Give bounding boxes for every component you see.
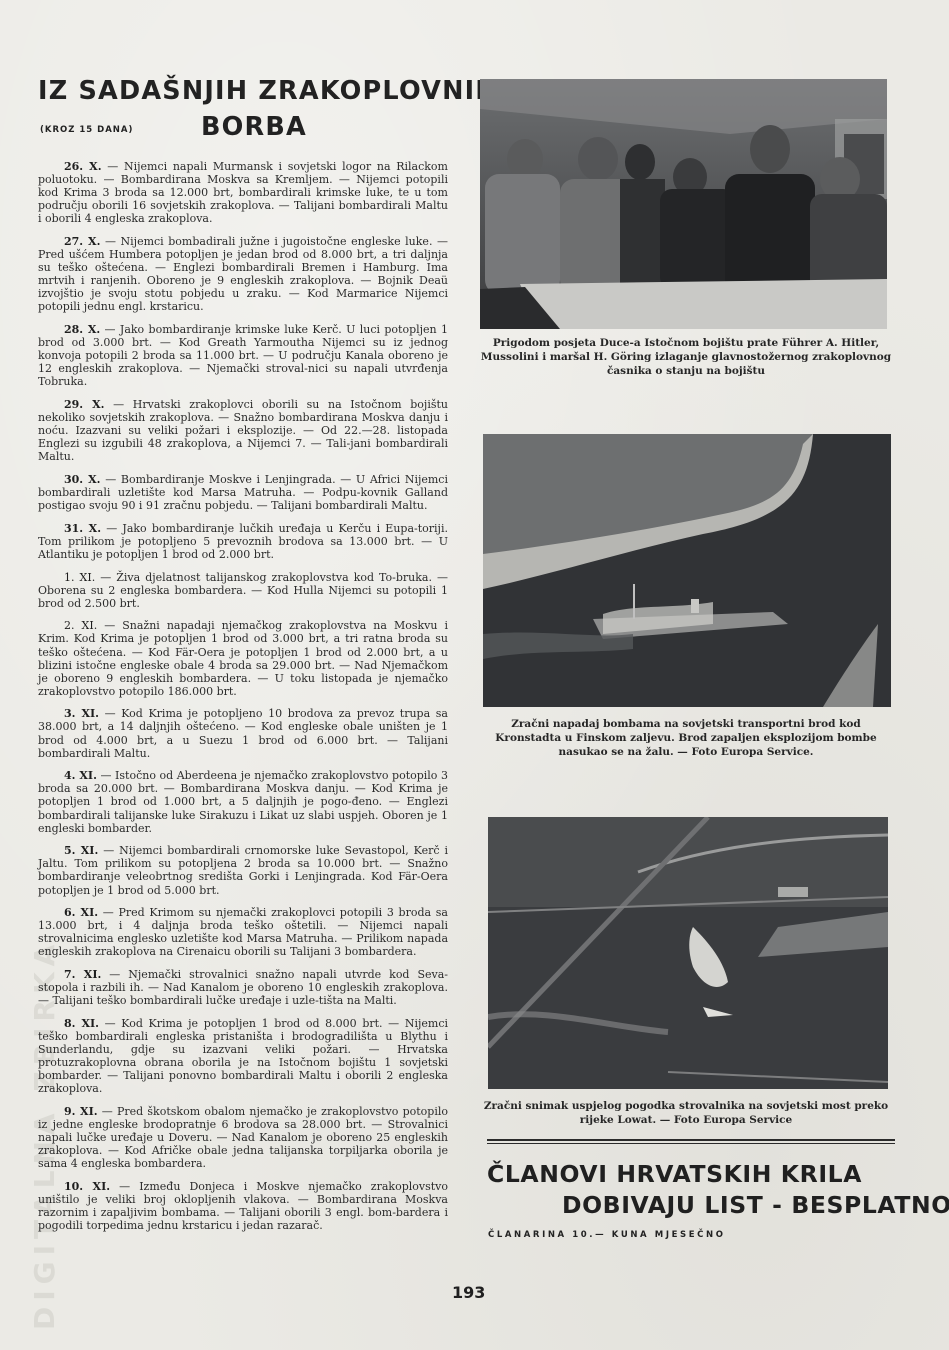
ship-photo-illustration — [483, 434, 891, 707]
dispatch-entry: 3. XI. — Kod Krima je potopljeno 10 brod… — [38, 707, 448, 759]
photo-caption-ship: Zračni napadaj bombama na sovjetski tran… — [480, 718, 892, 759]
dispatch-entry: 4. XI. — Istočno od Aberdeena je njemačk… — [38, 769, 448, 834]
dispatch-text: — Živa djelatnost talijanskog zrakoplovs… — [38, 571, 448, 610]
article-headline: IZ SADAŠNJIH ZRAKOPLOVNIH — [38, 76, 450, 106]
dispatch-entry: 29. X. — Hrvatski zrakoplovci oborili su… — [38, 398, 448, 463]
promo-membership-fee: ČLANARINA 10.— KUNA MJESEČNO — [488, 1230, 726, 1240]
dispatch-date: 3. XI. — [64, 707, 99, 720]
dispatch-entry: 5. XI. — Nijemci bombardirali crnomorske… — [38, 844, 448, 896]
dispatch-date: 4. XI. — [64, 769, 97, 782]
promo-headline-line1: ČLANOVI HRVATSKIH KRILA — [487, 1160, 862, 1188]
bridge-photo-illustration — [488, 817, 888, 1089]
photo-caption-bridge: Zračni snimak uspjelog pogodka strovalni… — [480, 1100, 892, 1128]
dispatch-text: — Nijemci bombardirali crnomorske luke S… — [38, 844, 448, 896]
promo-headline-line2: DOBIVAJU LIST - BESPLATNO — [562, 1191, 949, 1219]
officers-photo-illustration — [480, 79, 887, 329]
dispatch-date: 8. XI. — [64, 1017, 99, 1030]
dispatch-entry: 2. XI. — Snažni napadaji njemačkog zrako… — [38, 619, 448, 698]
photo-officers-map — [480, 79, 887, 329]
dispatch-date: 30. X. — [64, 473, 101, 486]
article-subnote: (KROZ 15 DANA) — [40, 125, 133, 135]
dispatch-entry: 27. X. — Nijemci bombadirali južne i jug… — [38, 235, 448, 314]
photo-bridge-hit — [488, 817, 888, 1089]
dispatch-text: — Snažni napadaji njemačkog zrakoplovstv… — [38, 619, 448, 697]
dispatch-entry: 8. XI. — Kod Krima je potopljen 1 brod o… — [38, 1017, 448, 1096]
dispatch-date: 29. X. — [64, 398, 104, 411]
dispatch-entry: 10. XI. — Između Donjeca i Moskve njemač… — [38, 1180, 448, 1232]
dispatch-date: 6. XI. — [64, 906, 98, 919]
article-headline-line2: BORBA — [201, 112, 307, 142]
dispatch-text: — Pred Krimom su njemački zrakoplovci po… — [38, 906, 448, 958]
article-body: 26. X. — Nijemci napali Murmansk i sovje… — [38, 160, 448, 1242]
headline-second-row: (KROZ 15 DANA) BORBA — [38, 112, 450, 142]
dispatch-text: — Pred škotskom obalom njemačko je zrako… — [38, 1105, 448, 1170]
photo-caption-officers: Prigodom posjeta Duce-a Istočnom bojištu… — [480, 337, 892, 378]
dispatch-entry: 1. XI. — Živa djelatnost talijanskog zra… — [38, 571, 448, 610]
double-rule-divider — [487, 1139, 895, 1144]
dispatch-entry: 9. XI. — Pred škotskom obalom njemačko j… — [38, 1105, 448, 1170]
dispatch-date: 10. XI. — [64, 1180, 110, 1193]
dispatch-date: 1. XI. — [64, 571, 95, 584]
dispatch-entry: 31. X. — Jako bombardiranje lučkih uređa… — [38, 522, 448, 561]
dispatch-date: 2. XI. — [64, 619, 97, 632]
dispatch-date: 26. X. — [64, 160, 102, 173]
dispatch-entry: 26. X. — Nijemci napali Murmansk i sovje… — [38, 160, 448, 225]
page-number: 193 — [452, 1283, 485, 1302]
photo-burning-ship — [483, 434, 891, 707]
dispatch-text: — Kod Krima je potopljen 1 brod od 8.000… — [38, 1017, 448, 1095]
dispatch-text: — Jako bombardiranje krimske luke Kerč. … — [38, 323, 448, 388]
dispatch-entry: 30. X. — Bombardiranje Moskve i Lenjingr… — [38, 473, 448, 512]
dispatch-date: 7. XI. — [64, 968, 101, 981]
dispatch-entry: 7. XI. — Njemački strovalnici snažno nap… — [38, 968, 448, 1007]
dispatch-entry: 6. XI. — Pred Krimom su njemački zrakopl… — [38, 906, 448, 958]
dispatch-date: 9. XI. — [64, 1105, 98, 1118]
dispatch-date: 27. X. — [64, 235, 100, 248]
dispatch-date: 28. X. — [64, 323, 100, 336]
dispatch-text: — Kod Krima je potopljeno 10 brodova za … — [38, 707, 448, 759]
dispatch-entry: 28. X. — Jako bombardiranje krimske luke… — [38, 323, 448, 388]
dispatch-date: 31. X. — [64, 522, 101, 535]
dispatch-text: — Istočno od Aberdeena je njemačko zrako… — [38, 769, 448, 834]
dispatch-date: 5. XI. — [64, 844, 98, 857]
dispatch-text: — Nijemci bombadirali južne i jugoistočn… — [38, 235, 448, 313]
